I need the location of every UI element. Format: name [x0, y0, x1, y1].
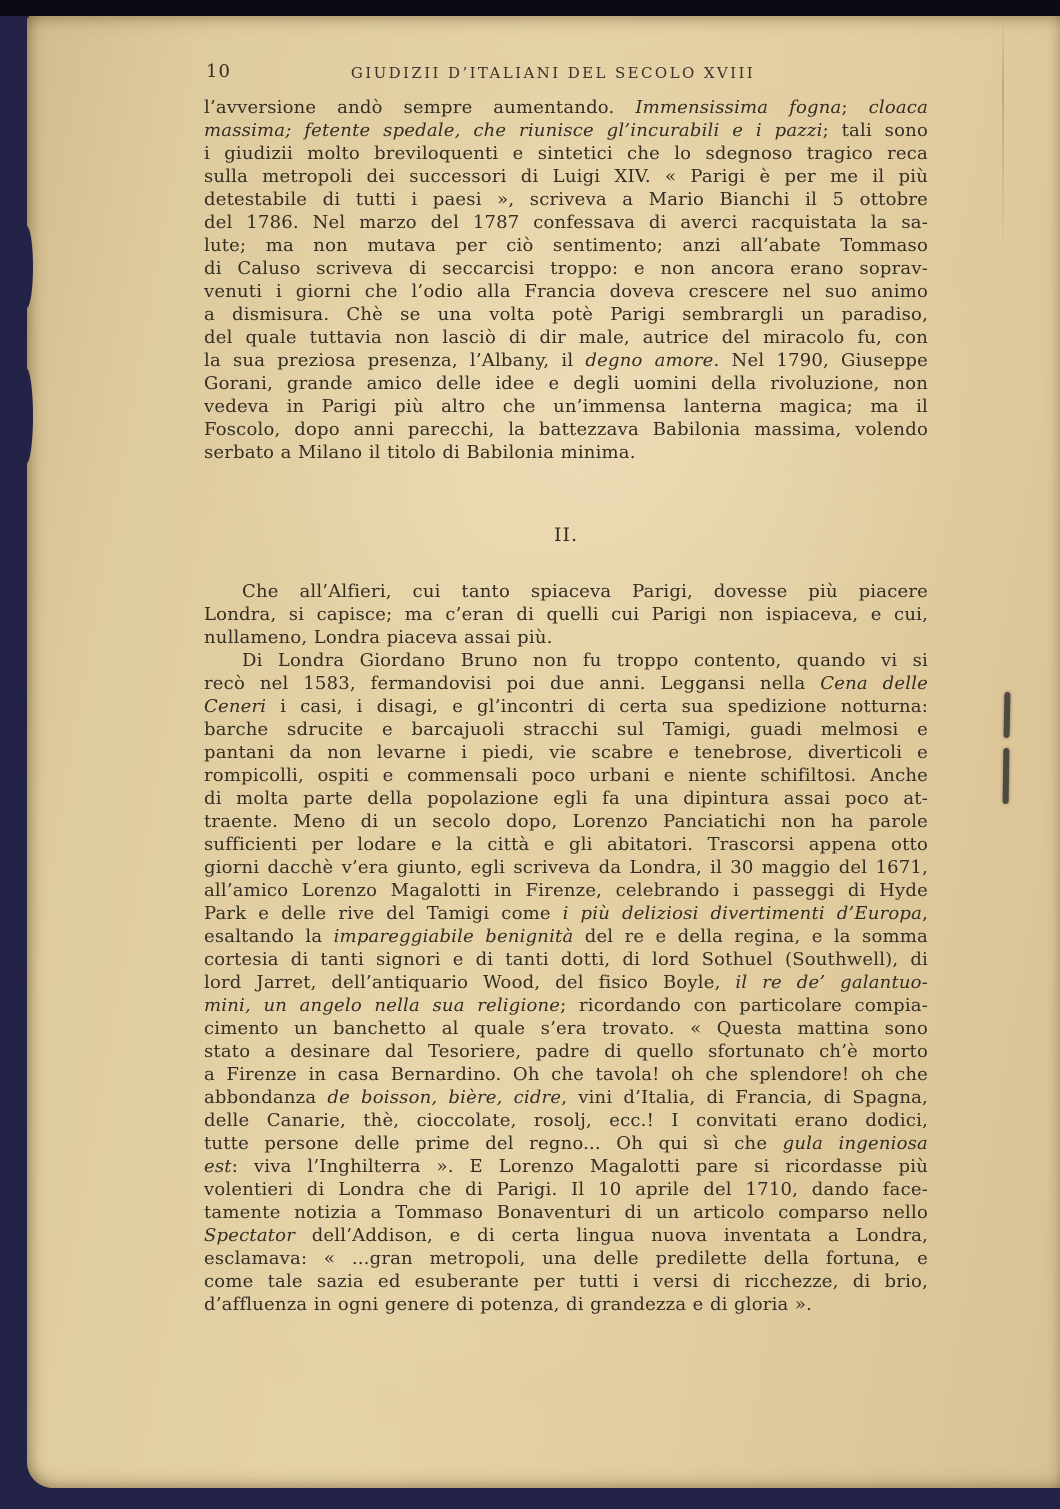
- text-segment: stato a desinare dal Tesoriere, padre di…: [204, 1041, 928, 1062]
- text-line: traente. Meno di un secolo dopo, Lorenzo…: [204, 810, 928, 833]
- text-segment: esclamava: « ...gran metropoli, una dell…: [204, 1248, 928, 1269]
- page-crease: [1002, 16, 1004, 256]
- text-line: Ceneri i casi, i disagi, e gl’incontri d…: [204, 695, 928, 718]
- text-segment: serbato a Milano il titolo di Babilonia …: [204, 442, 636, 463]
- text-segment: detestabile di tutti i paesi », scriveva…: [204, 189, 928, 210]
- margin-mark: [1003, 748, 1010, 804]
- text-segment: lord Jarret, dell’antiquario Wood, del f…: [204, 972, 735, 993]
- text-segment: pantani da non levarne i piedi, vie scab…: [204, 742, 928, 763]
- text-line: est: viva l’Inghilterra ». E Lorenzo Mag…: [204, 1155, 928, 1178]
- italic-text-segment: mini, un angelo nella sua religione: [204, 995, 560, 1016]
- text-line: la sua preziosa presenza, l’Albany, il d…: [204, 349, 928, 372]
- text-line: cortesia di tanti signori e di tanti dot…: [204, 948, 928, 971]
- text-line: massima; fetente spedale, che riunisce g…: [204, 119, 928, 142]
- text-segment: Park e delle rive del Tamigi come: [204, 903, 563, 924]
- text-segment: tamente notizia a Tommaso Bonaventuri di…: [204, 1202, 928, 1223]
- text-segment: di molta parte della popolazione egli fa…: [204, 788, 928, 809]
- text-line: del quale tuttavia non lasciò di dir mal…: [204, 326, 928, 349]
- page-deckle-notch: [20, 226, 33, 308]
- text-line: esaltando la impareggiabile benignità de…: [204, 925, 928, 948]
- text-line: all’amico Lorenzo Magalotti in Firenze, …: [204, 879, 928, 902]
- text-line: nullameno, Londra piaceva assai più.: [204, 626, 928, 649]
- text-segment: lute; ma non mutava per ciò sentimento; …: [204, 235, 928, 256]
- italic-text-segment: degno amore: [585, 350, 713, 371]
- italic-text-segment: Cena delle: [820, 673, 928, 694]
- text-line: barche sdrucite e barcajuoli stracchi su…: [204, 718, 928, 741]
- text-line: esclamava: « ...gran metropoli, una dell…: [204, 1247, 928, 1270]
- text-segment: giorni dacchè v’era giunto, egli scrivev…: [204, 857, 928, 878]
- text-line: sufficienti per lodare e la città e gli …: [204, 833, 928, 856]
- italic-text-segment: Ceneri: [204, 696, 266, 717]
- text-segment: vedeva in Parigi più altro che un’immens…: [204, 396, 928, 417]
- text-segment: abbondanza: [204, 1087, 327, 1108]
- text-line: di Caluso scriveva di seccarcisi troppo:…: [204, 257, 928, 280]
- text-line: del 1786. Nel marzo del 1787 confessava …: [204, 211, 928, 234]
- italic-text-segment: de boisson, bière, cidre: [327, 1087, 561, 1108]
- margin-mark: [1004, 692, 1011, 738]
- text-segment: recò nel 1583, fermandovisi poi due anni…: [204, 673, 820, 694]
- text-segment: l’avversione andò sempre aumentando.: [204, 97, 635, 118]
- text-line: cimento un banchetto al quale s’era trov…: [204, 1017, 928, 1040]
- text-segment: barche sdrucite e barcajuoli stracchi su…: [204, 719, 928, 740]
- text-segment: delle Canarie, thè, cioccolate, rosolj, …: [204, 1110, 928, 1131]
- text-segment: , vini d’Italia, di Francia, di Spagna,: [561, 1087, 928, 1108]
- text-segment: : viva l’Inghilterra ». E Lorenzo Magalo…: [232, 1156, 928, 1177]
- text-line: Londra, si capisce; ma c’eran di quelli …: [204, 603, 928, 626]
- text-line: i giudizii molto breviloquenti e sinteti…: [204, 142, 928, 165]
- body-text: l’avversione andò sempre aumentando. Imm…: [204, 96, 928, 1316]
- text-line: venuti i giorni che l’odio alla Francia …: [204, 280, 928, 303]
- italic-text-segment: i più deliziosi divertimenti d’Europa: [563, 903, 922, 924]
- text-line: serbato a Milano il titolo di Babilonia …: [204, 441, 928, 464]
- italic-text-segment: Immensissima fogna: [635, 97, 841, 118]
- text-line: vedeva in Parigi più altro che un’immens…: [204, 395, 928, 418]
- text-segment: i giudizii molto breviloquenti e sinteti…: [204, 143, 928, 164]
- italic-text-segment: massima; fetente spedale, che riunisce g…: [204, 120, 823, 141]
- text-segment: volentieri di Londra che di Parigi. Il 1…: [204, 1179, 928, 1200]
- running-head-row: 10 GIUDIZII D’ITALIANI DEL SECOLO XVIII: [204, 61, 928, 85]
- italic-text-segment: est: [204, 1156, 232, 1177]
- scanner-bed-top-strip: [0, 0, 1060, 16]
- text-segment: Che all’Alfieri, cui tanto spiaceva Pari…: [242, 581, 928, 602]
- body-paragraph: l’avversione andò sempre aumentando. Imm…: [204, 96, 928, 464]
- text-segment: ; tali sono: [823, 120, 928, 141]
- text-line: stato a desinare dal Tesoriere, padre di…: [204, 1040, 928, 1063]
- text-segment: Foscolo, dopo anni parecchi, la battezza…: [204, 419, 928, 440]
- text-line: a Firenze in casa Bernardino. Oh che tav…: [204, 1063, 928, 1086]
- text-segment: sufficienti per lodare e la città e gli …: [204, 834, 928, 855]
- text-segment: ,: [922, 903, 928, 924]
- text-segment: tutte persone delle prime del regno... O…: [204, 1133, 783, 1154]
- text-segment: a dismisura. Chè se una volta potè Parig…: [204, 304, 928, 325]
- italic-text-segment: cloaca: [869, 97, 928, 118]
- text-line: Gorani, grande amico delle idee e degli …: [204, 372, 928, 395]
- body-paragraph: Di Londra Giordano Bruno non fu troppo c…: [204, 649, 928, 1316]
- text-segment: d’affluenza in ogni genere di potenza, d…: [204, 1294, 812, 1315]
- text-line: tamente notizia a Tommaso Bonaventuri di…: [204, 1201, 928, 1224]
- text-segment: rompicolli, ospiti e commensali poco urb…: [204, 765, 928, 786]
- text-line: volentieri di Londra che di Parigi. Il 1…: [204, 1178, 928, 1201]
- italic-text-segment: impareggiabile benignità: [334, 926, 574, 947]
- text-segment: cimento un banchetto al quale s’era trov…: [204, 1018, 928, 1039]
- text-line: rompicolli, ospiti e commensali poco urb…: [204, 764, 928, 787]
- page-deckle-notch: [19, 368, 33, 464]
- text-line: come tale sazia ed esuberante per tutti …: [204, 1270, 928, 1293]
- text-line: d’affluenza in ogni genere di potenza, d…: [204, 1293, 928, 1316]
- text-segment: ; ricordando con particolare compia-: [560, 995, 928, 1016]
- text-segment: dell’Addison, e di certa lingua nuova in…: [295, 1225, 928, 1246]
- text-segment: sulla metropoli dei successori di Luigi …: [204, 166, 928, 187]
- text-segment: esaltando la: [204, 926, 334, 947]
- text-line: a dismisura. Chè se una volta potè Parig…: [204, 303, 928, 326]
- text-line: di molta parte della popolazione egli fa…: [204, 787, 928, 810]
- text-line: Di Londra Giordano Bruno non fu troppo c…: [204, 649, 928, 672]
- text-segment: nullameno, Londra piaceva assai più.: [204, 627, 553, 648]
- text-line: Park e delle rive del Tamigi come i più …: [204, 902, 928, 925]
- italic-text-segment: Spectator: [204, 1225, 295, 1246]
- text-segment: del re e della regina, e la somma: [573, 926, 928, 947]
- scan-background: { "colors": { "background_navy": "#23234…: [0, 0, 1060, 1509]
- text-segment: la sua preziosa presenza, l’Albany, il: [204, 350, 585, 371]
- text-segment: traente. Meno di un secolo dopo, Lorenzo…: [204, 811, 928, 832]
- text-line: Foscolo, dopo anni parecchi, la battezza…: [204, 418, 928, 441]
- text-line: tutte persone delle prime del regno... O…: [204, 1132, 928, 1155]
- text-line: sulla metropoli dei successori di Luigi …: [204, 165, 928, 188]
- page-number: 10: [206, 61, 231, 82]
- running-header: GIUDIZII D’ITALIANI DEL SECOLO XVIII: [204, 61, 928, 82]
- text-segment: Londra, si capisce; ma c’eran di quelli …: [204, 604, 928, 625]
- text-segment: a Firenze in casa Bernardino. Oh che tav…: [204, 1064, 928, 1085]
- italic-text-segment: il re de’ galantuo-: [735, 972, 928, 993]
- text-segment: cortesia di tanti signori e di tanti dot…: [204, 949, 928, 970]
- text-line: pantani da non levarne i piedi, vie scab…: [204, 741, 928, 764]
- text-line: giorni dacchè v’era giunto, egli scrivev…: [204, 856, 928, 879]
- text-line: Che all’Alfieri, cui tanto spiaceva Pari…: [204, 580, 928, 603]
- text-segment: all’amico Lorenzo Magalotti in Firenze, …: [204, 880, 928, 901]
- text-segment: di Caluso scriveva di seccarcisi troppo:…: [204, 258, 928, 279]
- text-segment: del 1786. Nel marzo del 1787 confessava …: [204, 212, 928, 233]
- italic-text-segment: gula ingeniosa: [783, 1133, 928, 1154]
- text-segment: i casi, i disagi, e gl’incontri di certa…: [266, 696, 928, 717]
- text-line: Spectator dell’Addison, e di certa lingu…: [204, 1224, 928, 1247]
- text-line: detestabile di tutti i paesi », scriveva…: [204, 188, 928, 211]
- text-segment: venuti i giorni che l’odio alla Francia …: [204, 281, 928, 302]
- text-segment: Di Londra Giordano Bruno non fu troppo c…: [242, 650, 928, 671]
- body-paragraph: Che all’Alfieri, cui tanto spiaceva Pari…: [204, 580, 928, 649]
- section-heading: II.: [204, 524, 928, 547]
- text-segment: . Nel 1790, Giuseppe: [714, 350, 928, 371]
- text-segment: ;: [841, 97, 868, 118]
- text-segment: come tale sazia ed esuberante per tutti …: [204, 1271, 928, 1292]
- text-line: delle Canarie, thè, cioccolate, rosolj, …: [204, 1109, 928, 1132]
- text-line: lute; ma non mutava per ciò sentimento; …: [204, 234, 928, 257]
- text-segment: Gorani, grande amico delle idee e degli …: [204, 373, 928, 394]
- text-line: recò nel 1583, fermandovisi poi due anni…: [204, 672, 928, 695]
- text-segment: del quale tuttavia non lasciò di dir mal…: [204, 327, 928, 348]
- text-line: mini, un angelo nella sua religione; ric…: [204, 994, 928, 1017]
- text-line: lord Jarret, dell’antiquario Wood, del f…: [204, 971, 928, 994]
- text-line: abbondanza de boisson, bière, cidre, vin…: [204, 1086, 928, 1109]
- text-line: l’avversione andò sempre aumentando. Imm…: [204, 96, 928, 119]
